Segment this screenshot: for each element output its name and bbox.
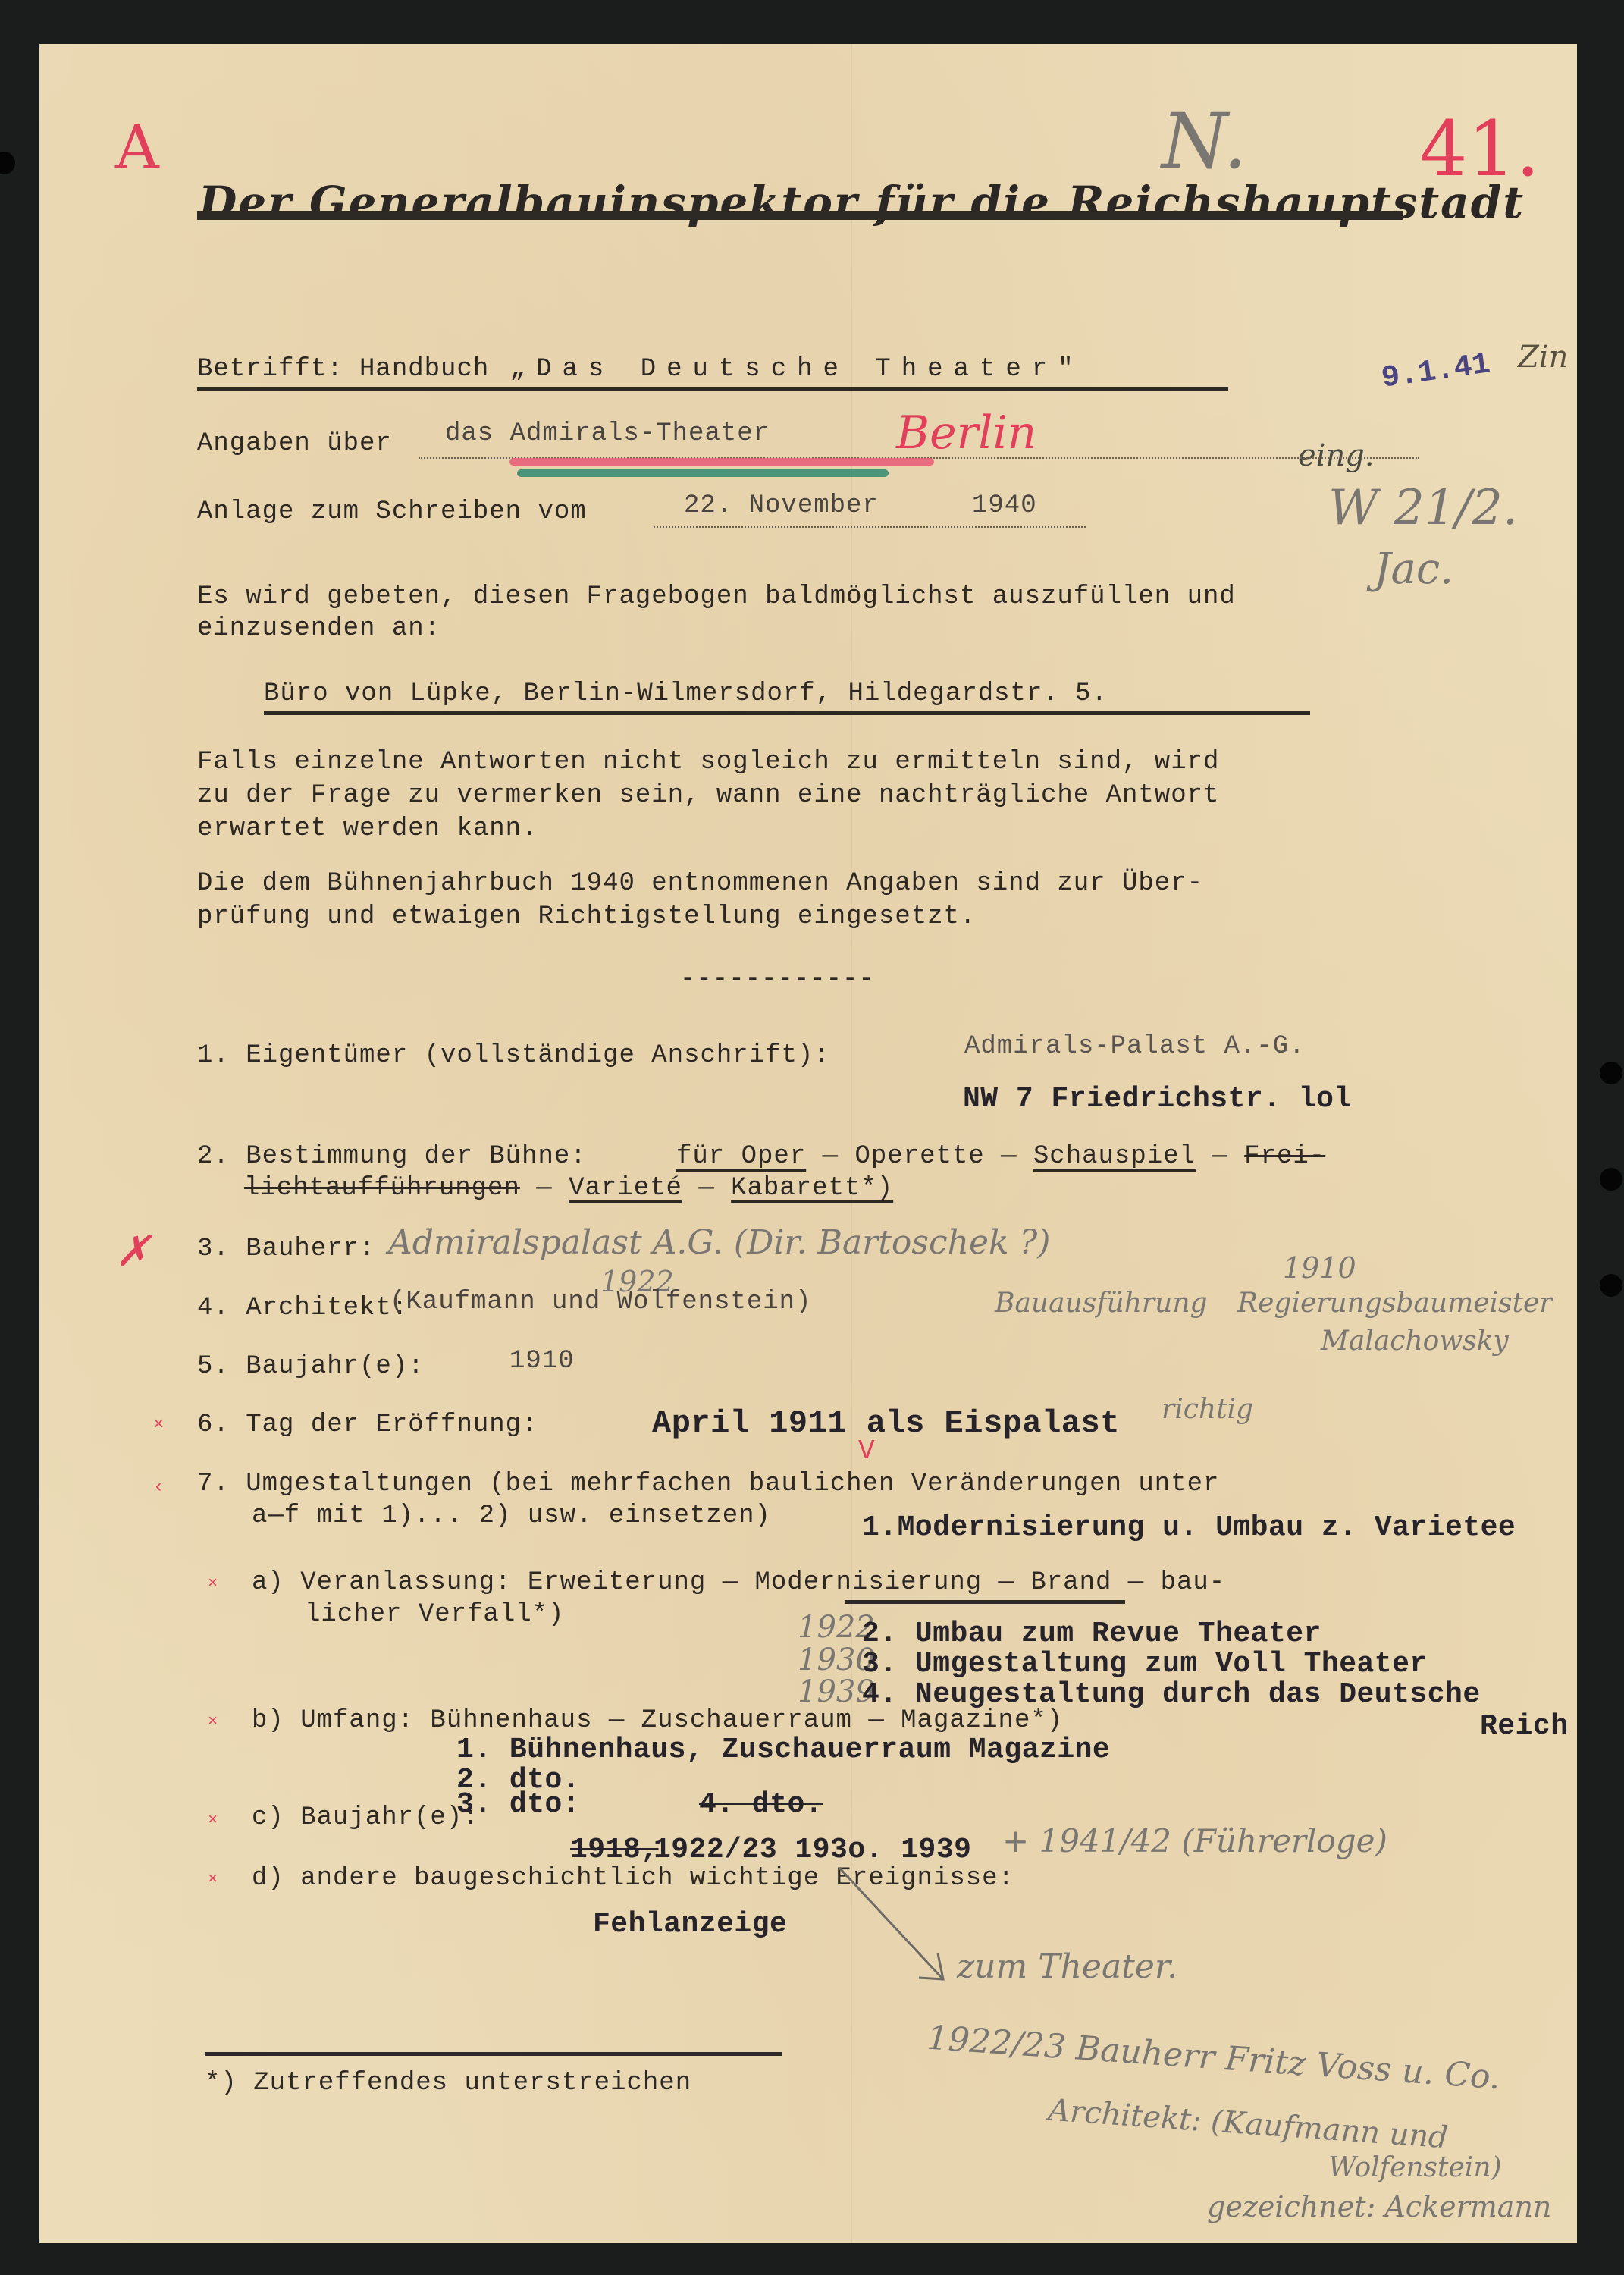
- instruction-text: zu der Frage zu vermerken sein, wann ein…: [197, 781, 1219, 810]
- question-7d-note: zum Theater.: [957, 1947, 1177, 1986]
- margin-check-mark: ×: [208, 1870, 218, 1889]
- section-separator: ------------: [680, 965, 875, 994]
- question-7-label: 7. Umgestaltungen (bei mehrfachen baulic…: [197, 1470, 1219, 1498]
- question-7-label-cont: a—f mit 1)... 2) usw. einsetzen): [252, 1501, 771, 1530]
- return-address: Büro von Lüpke, Berlin-Wilmersdorf, Hild…: [264, 679, 1108, 708]
- bottom-note: gezeichnet: Ackermann: [1207, 2190, 1551, 2223]
- margin-check-mark: ✗: [115, 1227, 151, 1276]
- green-pencil-underline: [517, 469, 889, 477]
- binder-hole: [1600, 1168, 1622, 1191]
- question-2-label: 2. Bestimmung der Bühne:: [197, 1142, 587, 1171]
- question-7c-struck-year: 1918,: [570, 1834, 659, 1866]
- document-page: A N. 41. Der Generalbauinspektor für die…: [39, 44, 1577, 2243]
- address-underline: [264, 711, 1310, 715]
- margin-check-mark: ×: [153, 1415, 164, 1436]
- subject-line: Betrifft: Handbuch „Das Deutsche Theater…: [197, 355, 1084, 384]
- anlage-date: 22. November: [684, 491, 879, 520]
- question-4-note-year: 1910: [1283, 1251, 1356, 1285]
- handwritten-note: Zin: [1518, 340, 1568, 375]
- option-variete: Varieté: [569, 1174, 682, 1203]
- subject-title: „Das Deutsche Theater": [510, 355, 1084, 384]
- footnote: *) Zutreffendes unterstreichen: [205, 2069, 691, 2098]
- question-5-answer: 1910: [509, 1347, 575, 1376]
- question-7c-answer: 1922/23 193o. 1939: [654, 1834, 971, 1866]
- bottom-note: Wolfenstein): [1328, 2152, 1502, 2183]
- question-3-label: 3. Bauherr:: [197, 1235, 375, 1263]
- angaben-value: das Admirals-Theater: [445, 419, 770, 448]
- instruction-text: Falls einzelne Antworten nicht sogleich …: [197, 748, 1219, 777]
- margin-mark-n: N.: [1162, 97, 1247, 186]
- dash: —: [698, 1174, 714, 1203]
- modernisierung-underline: [845, 1600, 1125, 1604]
- question-6-label: 6. Tag der Eröffnung:: [197, 1410, 538, 1439]
- margin-check-mark: ×: [208, 1811, 218, 1830]
- question-7-answer-3: 3. Umgestaltung zum Voll Theater: [862, 1648, 1428, 1680]
- margin-check-mark: ‹: [153, 1477, 164, 1498]
- instruction-text: erwartet werden kann.: [197, 814, 538, 843]
- question-1-answer: Admirals-Palast A.-G.: [964, 1032, 1305, 1061]
- question-7a-label: a) Veranlassung: Erweiterung — Modernisi…: [252, 1568, 1225, 1597]
- insertion-mark: V: [858, 1436, 875, 1467]
- dash: —: [823, 1142, 839, 1171]
- letterhead-rule: [197, 211, 1403, 220]
- angaben-label: Angaben über: [197, 429, 392, 458]
- dash: —: [536, 1174, 552, 1203]
- question-7-answer-2: 2. Umbau zum Revue Theater: [862, 1618, 1321, 1650]
- question-4-answer: (Kaufmann und Wolfenstein): [390, 1288, 812, 1316]
- instruction-text: Die dem Bühnenjahrbuch 1940 entnommenen …: [197, 869, 1203, 898]
- bottom-note: Architekt: (Kaufmann und: [1047, 2093, 1449, 2156]
- question-4-label: 4. Architekt:: [197, 1294, 408, 1323]
- question-3-answer: Admiralspalast A.G. (Dir. Bartoschek ?): [388, 1223, 1050, 1262]
- anlage-label: Anlage zum Schreiben vom: [197, 497, 587, 526]
- question-2-options-cont: lichtaufführungen — Varieté — Kabarett*): [244, 1174, 893, 1203]
- subject-label: Betrifft: Handbuch: [197, 355, 489, 384]
- question-7-answer-4-cont: Reich: [1480, 1710, 1569, 1743]
- question-4-note: Malachowsky: [1321, 1326, 1509, 1357]
- received-date-stamp: 9.1.41: [1380, 347, 1493, 397]
- question-7b-answer-4: 4. dto.: [699, 1788, 823, 1821]
- instruction-text: einzusenden an:: [197, 614, 440, 643]
- question-5-label: 5. Baujahr(e):: [197, 1352, 425, 1381]
- handwritten-note: W 21/2.: [1328, 480, 1518, 536]
- option-kabarett: Kabarett*): [731, 1174, 893, 1203]
- margin-check-mark: ×: [208, 1712, 218, 1731]
- question-6-note: richtig: [1162, 1394, 1253, 1425]
- binder-hole: [0, 152, 15, 174]
- binder-hole: [1600, 1062, 1622, 1084]
- question-6-answer: April 1911 als Eispalast: [652, 1405, 1120, 1442]
- anlage-year: 1940: [972, 491, 1037, 520]
- binder-hole: [1600, 1274, 1622, 1297]
- dash: —: [1001, 1142, 1017, 1171]
- margin-mark-a: A: [115, 112, 159, 183]
- handwritten-city: Berlin: [896, 406, 1036, 460]
- anlage-dotted-line: [654, 526, 1086, 528]
- instruction-text: Es wird gebeten, diesen Fragebogen baldm…: [197, 582, 1236, 611]
- question-7a-label-cont: licher Verfall*): [305, 1600, 564, 1629]
- option-freilichtauffuehrungen: lichtaufführungen: [244, 1174, 520, 1203]
- bottom-note: 1922/23 Bauherr Fritz Voss u. Co.: [926, 2019, 1501, 2098]
- red-pencil-underline: [509, 458, 934, 466]
- letterhead-title: Der Generalbauinspektor für die Reichsha…: [199, 177, 1525, 228]
- handwritten-note: eing.: [1298, 438, 1375, 473]
- option-oper: für Oper: [676, 1142, 806, 1171]
- margin-check-mark: ×: [208, 1574, 218, 1593]
- footnote-rule: [205, 2052, 782, 2056]
- question-2-options: für Oper — Operette — Schauspiel — Frei-: [676, 1142, 1325, 1171]
- question-1-label: 1. Eigentümer (vollständige Anschrift):: [197, 1041, 830, 1070]
- question-7c-note: + 1941/42 (Führerloge): [1002, 1822, 1387, 1859]
- question-1-answer-address: NW 7 Friedrichstr. lol: [963, 1083, 1352, 1116]
- question-7b-label: b) Umfang: Bühnenhaus — Zuschauerraum — …: [252, 1706, 1063, 1735]
- option-operette: Operette: [854, 1142, 984, 1171]
- question-7b-answer-1: 1. Bühnenhaus, Zuschauerraum Magazine: [456, 1734, 1110, 1766]
- subject-underline: [197, 387, 1228, 391]
- question-7c-label: c) Baujahr(e):: [252, 1803, 479, 1832]
- question-4-note: Bauausführung: [995, 1288, 1208, 1319]
- question-7d-answer: Fehlanzeige: [593, 1908, 787, 1941]
- question-4-note: Regierungsbaumeister: [1237, 1288, 1552, 1319]
- question-7-answer-1: 1.Modernisierung u. Umbau z. Varietee: [862, 1511, 1516, 1544]
- dash: —: [1212, 1142, 1227, 1171]
- handwritten-initials: Jac.: [1374, 544, 1453, 594]
- option-schauspiel: Schauspiel: [1033, 1142, 1196, 1171]
- option-freilicht: Frei-: [1244, 1142, 1325, 1171]
- instruction-text: prüfung und etwaigen Richtigstellung ein…: [197, 902, 976, 931]
